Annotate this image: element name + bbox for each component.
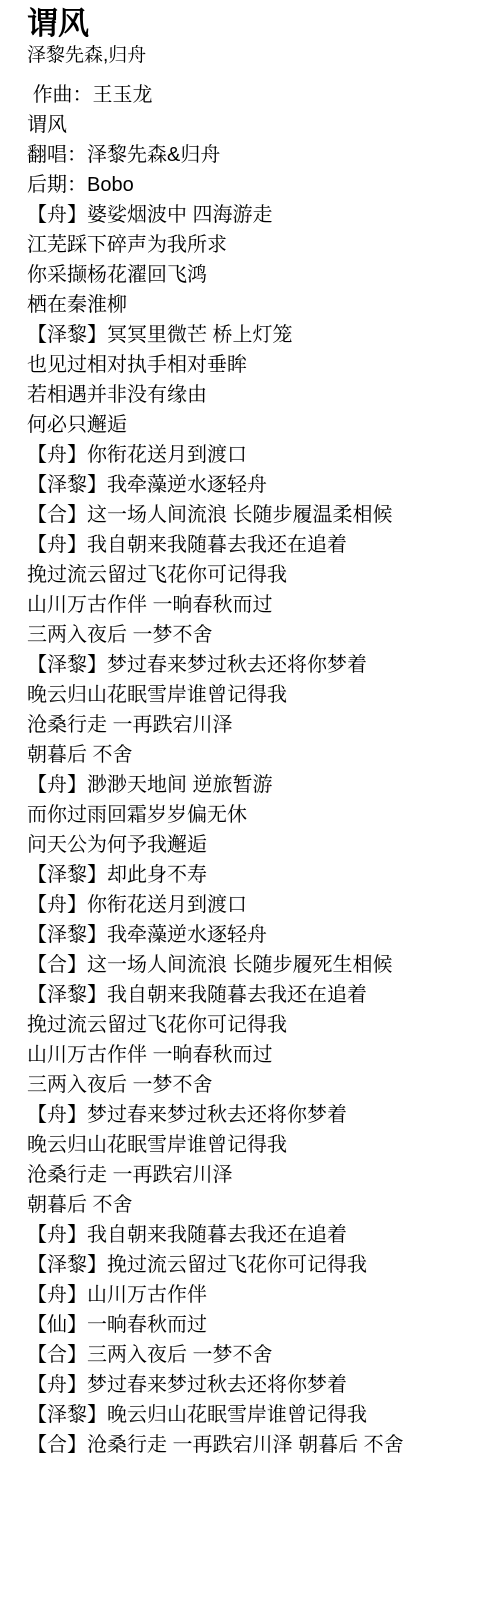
lyric-line: 【合】三两入夜后 一梦不舍 — [27, 1340, 482, 1370]
lyric-line: 后期：Bobo — [27, 170, 482, 200]
lyric-line: 山川万古作伴 一晌春秋而过 — [27, 1040, 482, 1070]
lyric-line: 朝暮后 不舍 — [27, 740, 482, 770]
lyric-line: 问天公为何予我邂逅 — [27, 830, 482, 860]
lyric-line: 作曲：王玉龙 — [27, 80, 482, 110]
lyric-line: 【舟】你衔花送月到渡口 — [27, 890, 482, 920]
lyric-line: 晚云归山花眠雪岸谁曾记得我 — [27, 680, 482, 710]
lyric-line: 【舟】我自朝来我随暮去我还在追着 — [27, 1220, 482, 1250]
lyric-line: 朝暮后 不舍 — [27, 1190, 482, 1220]
lyric-line: 你采撷杨花濯回飞鸿 — [27, 260, 482, 290]
artists: 泽黎先森,归舟 — [27, 44, 482, 68]
lyric-line: 【合】这一场人间流浪 长随步履温柔相候 — [27, 500, 482, 530]
lyric-line: 沧桑行走 一再跌宕川泽 — [27, 1160, 482, 1190]
lyric-line: 【舟】我自朝来我随暮去我还在追着 — [27, 530, 482, 560]
lyric-line: 三两入夜后 一梦不舍 — [27, 620, 482, 650]
lyric-line: 【泽黎】晚云归山花眠雪岸谁曾记得我 — [27, 1400, 482, 1430]
lyric-line: 三两入夜后 一梦不舍 — [27, 1070, 482, 1100]
lyric-line: 何必只邂逅 — [27, 410, 482, 440]
lyric-line: 也见过相对执手相对垂眸 — [27, 350, 482, 380]
lyric-line: 江芜踩下碎声为我所求 — [27, 230, 482, 260]
lyric-line: 【泽黎】却此身不寿 — [27, 860, 482, 890]
lyric-line: 挽过流云留过飞花你可记得我 — [27, 1010, 482, 1040]
lyrics-block: 作曲：王玉龙谓风翻唱：泽黎先森&归舟后期：Bobo【舟】婆娑烟波中 四海游走江芜… — [27, 80, 482, 1460]
lyric-line: 而你过雨回霜岁岁偏无休 — [27, 800, 482, 830]
lyric-line: 【舟】你衔花送月到渡口 — [27, 440, 482, 470]
lyric-line: 【舟】渺渺天地间 逆旅暂游 — [27, 770, 482, 800]
lyric-line: 沧桑行走 一再跌宕川泽 — [27, 710, 482, 740]
lyrics-page: 谓风 泽黎先森,归舟 作曲：王玉龙谓风翻唱：泽黎先森&归舟后期：Bobo【舟】婆… — [0, 0, 500, 1460]
lyric-line: 谓风 — [27, 110, 482, 140]
lyric-line: 晚云归山花眠雪岸谁曾记得我 — [27, 1130, 482, 1160]
lyric-line: 【合】沧桑行走 一再跌宕川泽 朝暮后 不舍 — [27, 1430, 482, 1460]
lyric-line: 【舟】梦过春来梦过秋去还将你梦着 — [27, 1100, 482, 1130]
lyric-line: 【泽黎】我牵藻逆水逐轻舟 — [27, 470, 482, 500]
lyric-line: 栖在秦淮柳 — [27, 290, 482, 320]
lyric-line: 挽过流云留过飞花你可记得我 — [27, 560, 482, 590]
lyric-line: 【合】这一场人间流浪 长随步履死生相候 — [27, 950, 482, 980]
lyric-line: 【泽黎】我自朝来我随暮去我还在追着 — [27, 980, 482, 1010]
lyric-line: 【泽黎】梦过春来梦过秋去还将你梦着 — [27, 650, 482, 680]
page-title: 谓风 — [27, 5, 482, 43]
lyric-line: 【泽黎】冥冥里微芒 桥上灯笼 — [27, 320, 482, 350]
lyric-line: 山川万古作伴 一晌春秋而过 — [27, 590, 482, 620]
lyric-line: 【泽黎】挽过流云留过飞花你可记得我 — [27, 1250, 482, 1280]
lyric-line: 【舟】婆娑烟波中 四海游走 — [27, 200, 482, 230]
lyric-line: 【仙】一晌春秋而过 — [27, 1310, 482, 1340]
lyric-line: 【舟】梦过春来梦过秋去还将你梦着 — [27, 1370, 482, 1400]
lyric-line: 翻唱：泽黎先森&归舟 — [27, 140, 482, 170]
lyric-line: 【舟】山川万古作伴 — [27, 1280, 482, 1310]
lyric-line: 若相遇并非没有缘由 — [27, 380, 482, 410]
lyric-line: 【泽黎】我牵藻逆水逐轻舟 — [27, 920, 482, 950]
